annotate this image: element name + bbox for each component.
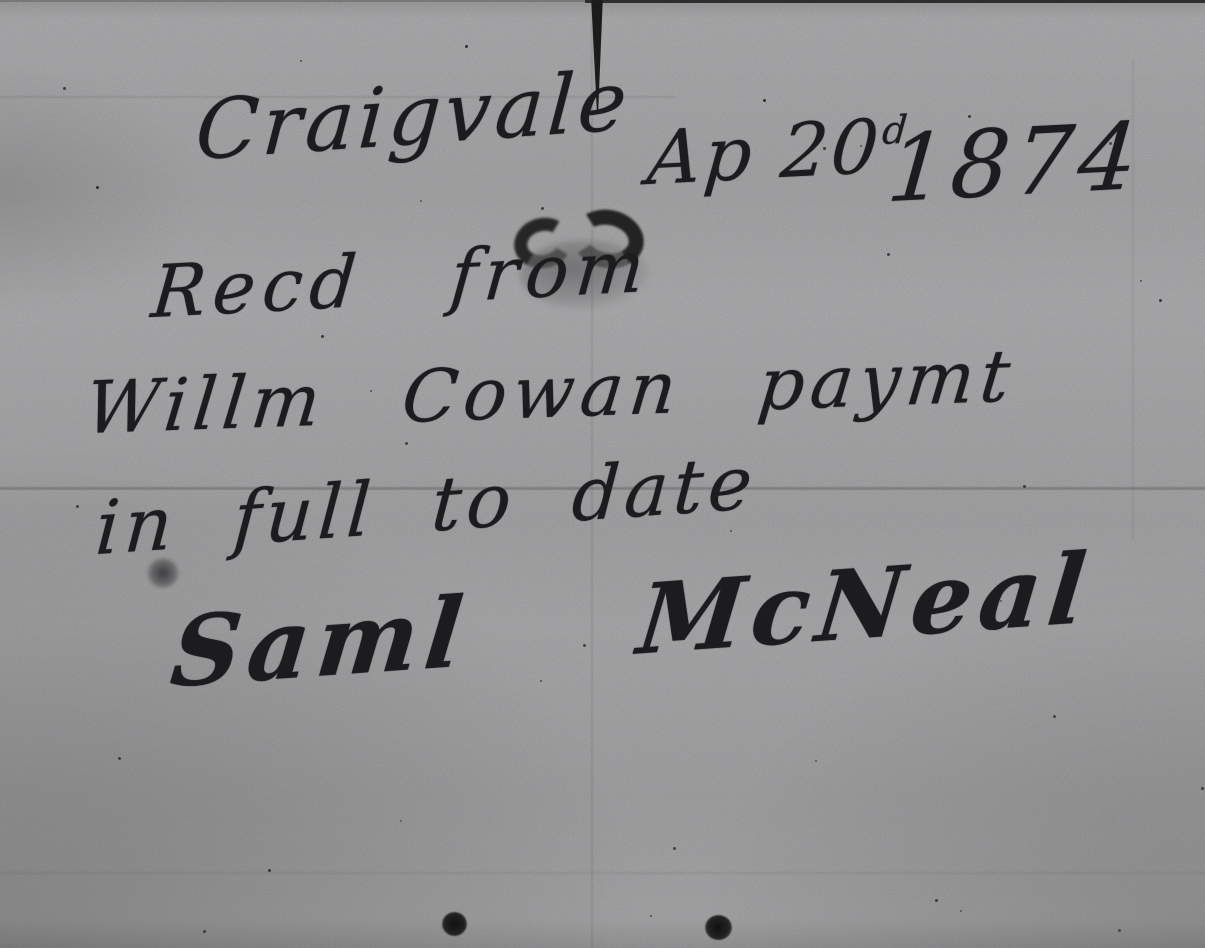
handwritten-date: Ap 20d [644, 102, 909, 202]
fold-crease-horizontal-lower [0, 872, 1205, 874]
fold-crease-horizontal-main [0, 487, 1205, 491]
tear-mark-top-center [588, 0, 606, 114]
ink-dot-bottom-left [442, 912, 467, 936]
handwritten-date-day: Ap 20 [644, 104, 885, 203]
fold-crease-horizontal-upper [0, 96, 675, 98]
receipt-scan: Craigvale Ap 20d 1874 Recd from Willm Co… [0, 0, 1205, 948]
handwritten-date-superscript: d [881, 108, 910, 155]
scan-shading [0, 0, 1205, 948]
paper-specks [63, 87, 66, 90]
handwritten-payer-line: Willm Cowan paymt [82, 333, 1020, 450]
ink-dot-bottom-right [705, 915, 732, 940]
paper-grain-texture [0, 0, 1205, 948]
top-edge-shadow [585, 0, 1205, 3]
handwritten-place-name: Craigvale [193, 53, 634, 179]
paper-specks-small [300, 60, 302, 62]
handwritten-year: 1874 [883, 102, 1146, 223]
fold-crease-vertical-center [591, 0, 593, 948]
handwritten-in-full-line: in full to date [93, 439, 760, 572]
fold-crease-vertical-right [1132, 60, 1134, 540]
handwritten-signature: Saml McNeal [166, 531, 1098, 709]
ink-smudge-left-margin [146, 558, 180, 588]
top-edge-shadow-light [0, 0, 585, 2]
